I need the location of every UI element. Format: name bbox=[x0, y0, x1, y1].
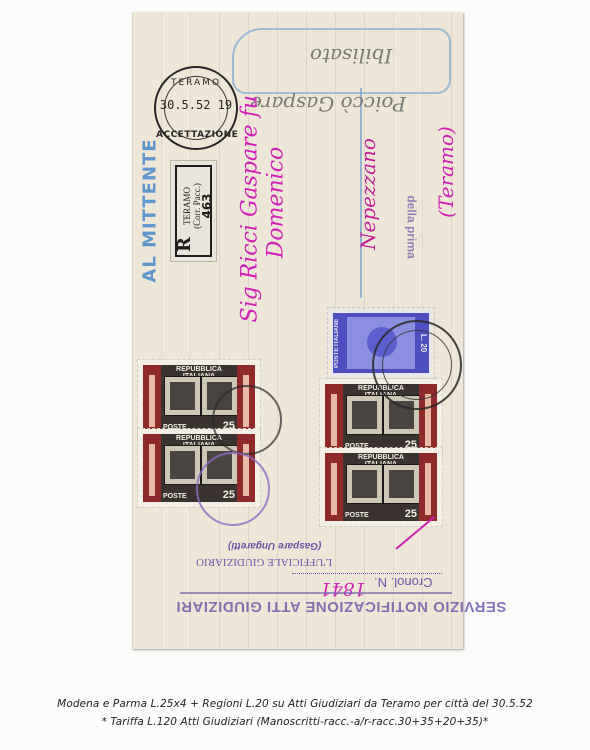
modena-stamp-icon bbox=[164, 445, 201, 485]
tower-icon bbox=[325, 453, 343, 521]
address-line-1: Sig Ricci Gaspare fu bbox=[238, 83, 263, 323]
caption-line-2: * Tariffa L.120 Atti Giudiziari (Manoscr… bbox=[0, 716, 590, 728]
registration-number: 463 bbox=[202, 166, 212, 246]
al-mittente-text: AL MITTENTE bbox=[140, 138, 161, 282]
caption-line-1: Modena e Parma L.25x4 + Regioni L.20 su … bbox=[0, 698, 590, 710]
cron-label: Cronol. N. bbox=[374, 575, 433, 590]
tower-icon bbox=[143, 365, 161, 433]
registration-letter: R bbox=[174, 237, 195, 252]
registration-label-text: TERAMO (Corr. Pacc.) 463 bbox=[182, 166, 212, 246]
modena-stamp-icon bbox=[164, 376, 201, 416]
tower-icon bbox=[325, 384, 343, 452]
modena-stamp-icon bbox=[346, 464, 383, 504]
cron-number: 1841 bbox=[320, 578, 366, 599]
stamp-value: 25 bbox=[405, 508, 417, 520]
address-line-3: Nepezzano bbox=[356, 138, 380, 250]
service-rule bbox=[180, 592, 452, 594]
tower-icon bbox=[419, 453, 437, 521]
service-stamp: SERVIZIO NOTIFICAZIONE ATTI GIUDIZIARI bbox=[176, 598, 506, 615]
parma-stamp-icon bbox=[383, 464, 420, 504]
registration-city: TERAMO bbox=[182, 166, 192, 246]
stamp-poste: POSTE bbox=[345, 512, 369, 519]
stamp-frame: REPUBBLICA ITALIANA POSTE 25 bbox=[325, 453, 437, 521]
postmark-office: ACCETTAZIONE bbox=[156, 130, 236, 140]
address-line-2: Domenico bbox=[263, 147, 288, 259]
officer-name: (Gaspare Ungaretti) bbox=[228, 540, 321, 551]
violet-side-stamp: della prima bbox=[405, 195, 419, 258]
regioni-stamp-country: POSTE ITALIANE bbox=[334, 317, 346, 369]
postmark-on-stamps-left bbox=[212, 385, 282, 455]
officer-title: L'UFFICIALE GIUDIZIARIO bbox=[196, 556, 332, 568]
postmark-teramo: TERAMO 30.5.52 19 ACCETTAZIONE bbox=[154, 66, 238, 150]
postmark-inner-ring bbox=[382, 330, 452, 400]
address-line-4: (Teramo) bbox=[434, 126, 458, 218]
stamp-poste: POSTE bbox=[163, 493, 187, 500]
registration-label: TERAMO (Corr. Pacc.) 463 R bbox=[170, 160, 217, 262]
violet-official-seal bbox=[196, 452, 270, 526]
stamp-poste: POSTE bbox=[345, 443, 369, 450]
tower-icon bbox=[143, 434, 161, 502]
pencil-note-top: Ibilisato bbox=[310, 44, 392, 68]
pencil-note-second: Poiccò Gaspare bbox=[250, 92, 406, 116]
postmark-city: TERAMO bbox=[156, 78, 236, 88]
stamp-poste: POSTE bbox=[163, 424, 187, 431]
postmark-date: 30.5.52 19 bbox=[156, 98, 236, 112]
modena-parma-stamp: REPUBBLICA ITALIANA POSTE 25 bbox=[322, 450, 440, 524]
modena-stamp-icon bbox=[346, 395, 383, 435]
postmark-on-stamps bbox=[372, 320, 462, 410]
